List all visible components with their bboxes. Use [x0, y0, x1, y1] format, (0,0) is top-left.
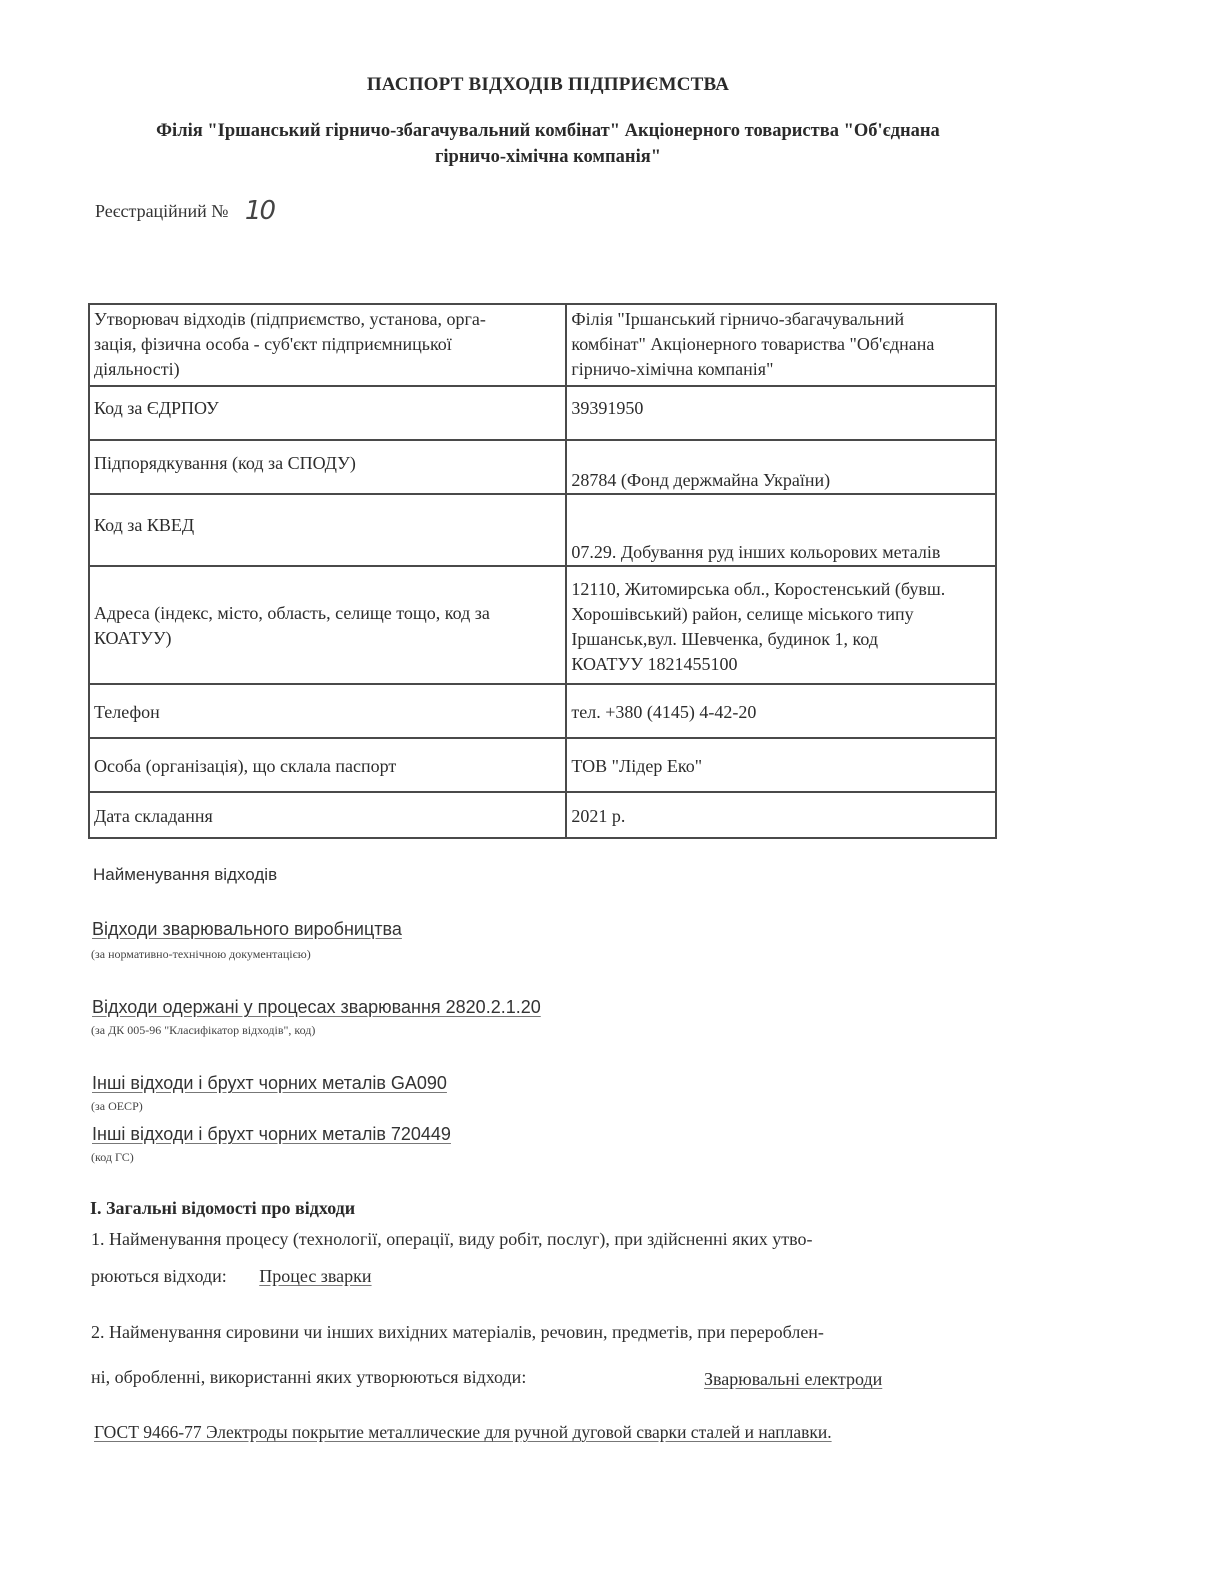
waste-name-oecd: Інші відходи і брухт чорних металів GA09…: [92, 1073, 447, 1094]
table-row-phone: Телефон тел. +380 (4145) 4-42-20: [89, 684, 996, 738]
item-2-line-2: ні, обробленні, використанні яких утворю…: [91, 1367, 526, 1388]
value-line: 12110, Житомирська обл., Коростенський (…: [571, 577, 990, 602]
waste-name-hs: Інші відходи і брухт чорних металів 7204…: [92, 1124, 451, 1145]
table-cell-value: 12110, Житомирська обл., Коростенський (…: [566, 566, 996, 684]
item-2-line-1: 2. Найменування сировини чи інших вихідн…: [91, 1322, 824, 1343]
table-row-spodu: Підпорядкування (код за СПОДУ) 28784 (Фо…: [89, 440, 996, 494]
table-row-kved: Код за КВЕД 07.29. Добування руд інших к…: [89, 494, 996, 566]
item-1-prefix: рюються відходи:: [91, 1266, 227, 1286]
subtitle-line-2: гірничо-хімічна компанія": [100, 144, 996, 170]
document-title: ПАСПОРТ ВІДХОДІВ ПІДПРИЄМСТВА: [0, 74, 1096, 96]
label-line: Утворювач відходів (підприємство, устано…: [94, 307, 560, 332]
table-cell-label: Код за КВЕД: [89, 494, 566, 566]
table-cell-label: Телефон: [89, 684, 566, 738]
registration-number: Реєстраційний № 10: [95, 194, 274, 224]
waste-names-heading: Найменування відходів: [93, 865, 277, 885]
table-row-address: Адреса (індекс, місто, область, селище т…: [89, 566, 996, 684]
waste-name-normative-note: (за нормативно-технічною документацією): [91, 947, 311, 962]
table-cell-value: 07.29. Добування руд інших кольорових ме…: [566, 494, 996, 566]
value-line: КОАТУУ 1821455100: [571, 652, 990, 677]
item-2-answer: Зварювальні електроди: [704, 1369, 882, 1390]
table-cell-label: Особа (організація), що склала паспорт: [89, 738, 566, 792]
value-line: комбінат" Акціонерного товариства "Об'єд…: [571, 332, 990, 357]
table-row-producer: Утворювач відходів (підприємство, устано…: [89, 304, 996, 386]
waste-name-hs-note: (код ГС): [91, 1150, 134, 1165]
subtitle-line-1: Філія "Іршанський гірничо-збагачувальний…: [100, 118, 996, 144]
table-cell-value: 39391950: [566, 386, 996, 440]
table-cell-value: ТОВ "Лідер Еко": [566, 738, 996, 792]
registration-value-handwritten: 10: [245, 196, 274, 226]
item-1-line-2: рюються відходи: Процес зварки: [91, 1266, 372, 1287]
waste-name-normative: Відходи зварювального виробництва: [92, 919, 402, 940]
item-2-prefix: ні, обробленні, використанні яких утворю…: [91, 1367, 526, 1387]
label-line: КОАТУУ): [94, 626, 560, 651]
waste-name-oecd-note: (за ОЕСР): [91, 1099, 143, 1114]
table-cell-label: Код за ЄДРПОУ: [89, 386, 566, 440]
table-row-date: Дата складання 2021 р.: [89, 792, 996, 838]
document-subtitle: Філія "Іршанський гірничо-збагачувальний…: [100, 118, 996, 170]
value-line: Філія "Іршанський гірничо-збагачувальний: [571, 307, 990, 332]
table-row-compiler: Особа (організація), що склала паспорт Т…: [89, 738, 996, 792]
label-line: зація, фізична особа - суб'єкт підприємн…: [94, 332, 560, 357]
table-cell-value: 2021 р.: [566, 792, 996, 838]
item-1-line-1: 1. Найменування процесу (технології, опе…: [91, 1229, 813, 1250]
table-cell-value: тел. +380 (4145) 4-42-20: [566, 684, 996, 738]
table-cell-label: Утворювач відходів (підприємство, устано…: [89, 304, 566, 386]
waste-name-dk005: Відходи одержані у процесах зварювання 2…: [92, 997, 541, 1018]
value-line: Хорошівський) район, селище міського тип…: [571, 602, 990, 627]
table-cell-value: 28784 (Фонд держмайна України): [566, 440, 996, 494]
item-1-answer: Процес зварки: [259, 1266, 371, 1286]
table-cell-label: Адреса (індекс, місто, область, селище т…: [89, 566, 566, 684]
table-cell-label: Дата складання: [89, 792, 566, 838]
table-cell-label: Підпорядкування (код за СПОДУ): [89, 440, 566, 494]
value-line: гірничо-хімічна компанія": [571, 357, 990, 382]
item-2-answer-standard: ГОСТ 9466-77 Электроды покрытие металлич…: [94, 1422, 832, 1443]
table-row-edrpou: Код за ЄДРПОУ 39391950: [89, 386, 996, 440]
waste-name-dk005-note: (за ДК 005-96 "Класифікатор відходів", к…: [91, 1023, 315, 1038]
label-line: Адреса (індекс, місто, область, селище т…: [94, 601, 560, 626]
label-line: діяльності): [94, 357, 560, 382]
table-cell-value: Філія "Іршанський гірничо-збагачувальний…: [566, 304, 996, 386]
document-page: ПАСПОРТ ВІДХОДІВ ПІДПРИЄМСТВА Філія "Ірш…: [0, 0, 1219, 1574]
registration-label: Реєстраційний №: [95, 201, 228, 221]
enterprise-info-table: Утворювач відходів (підприємство, устано…: [88, 303, 997, 839]
section-1-heading: І. Загальні відомості про відходи: [90, 1198, 355, 1219]
value-line: Іршанськ,вул. Шевченка, будинок 1, код: [571, 627, 990, 652]
